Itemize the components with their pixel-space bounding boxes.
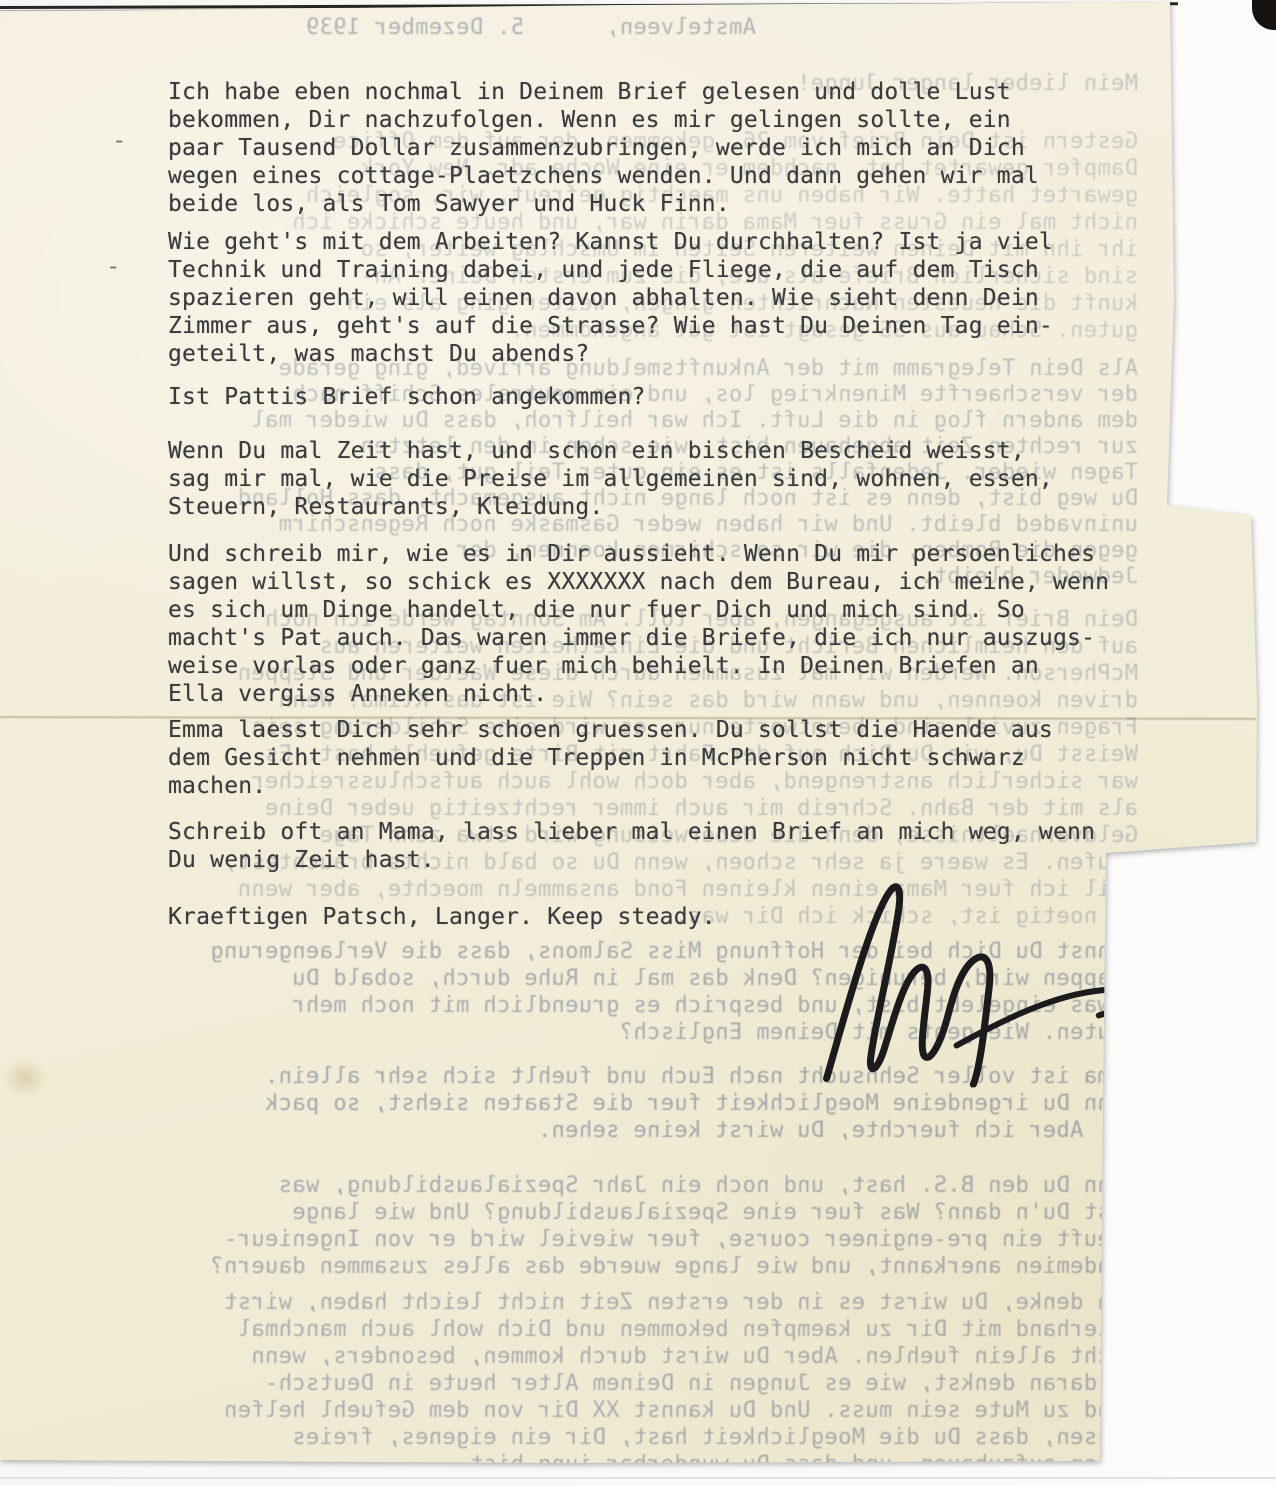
bleedthrough-block: Amstelveen, 5. Dezember 1939 xyxy=(306,14,756,41)
bleedthrough-block-line: recht allein fuehlen. Aber Du wirst durc… xyxy=(224,1343,1138,1370)
letter-body: Ich habe eben nochmal in Deinem Brief ge… xyxy=(168,78,1128,947)
letter-paragraph: Emma laesst Dich sehr schoen gruessen. D… xyxy=(168,716,1128,800)
letter-paragraph-line: spazieren geht, will einen davon abhalte… xyxy=(168,284,1128,312)
letter-paragraph-line: dem Gesicht nehmen und die Treppen in Mc… xyxy=(168,744,1128,772)
bleedthrough-block-line: bist Du'n dann? Was fuer eine Spezialaus… xyxy=(210,1199,1138,1226)
bleedthrough-block-line: Leben aufzubauen, und dass Du wunderbar … xyxy=(224,1451,1138,1478)
letter-paragraph-line: Zimmer aus, geht's auf die Strasse? Wie … xyxy=(168,312,1128,340)
letter-paragraph-line: macht's Pat auch. Das waren immer die Br… xyxy=(168,624,1128,652)
letter-paragraph-line: Steuern, Restaurants, Kleidung. xyxy=(168,493,1128,521)
letter-paragraph-line: machen. xyxy=(168,772,1128,800)
letter-paragraph: Ist Pattis Brief schon angekommen? xyxy=(168,383,1128,411)
bleed-hyphen: - xyxy=(106,252,120,280)
letter-paragraph-line: wegen eines cottage-Plaetzchens wenden. … xyxy=(168,162,1128,190)
signature-scrawl xyxy=(793,860,1157,1099)
bleed-hyphen: - xyxy=(112,126,126,154)
letter-paragraph-line: Du wenig Zeit hast. xyxy=(168,846,1128,874)
bleedthrough-block-line: Wenn Du irgendeine Moeglichkeit fuer die… xyxy=(265,1090,1138,1117)
letter-paragraph-line: Ich habe eben nochmal in Deinem Brief ge… xyxy=(168,78,1128,106)
letter-scan: Amstelveen, 5. Dezember 1939Mein lieber … xyxy=(0,0,1276,1486)
letter-paragraph-line: bekommen, Dir nachzufolgen. Wenn es mir … xyxy=(168,106,1128,134)
letter-paragraph-line: Emma laesst Dich sehr schoen gruessen. D… xyxy=(168,716,1128,744)
bleedthrough-block-line: land zu Mute sein muss. Und Du kannst XX… xyxy=(224,1397,1138,1424)
bleedthrough-block-line: zu. Aber ich fuerchte, Du wirst keine se… xyxy=(265,1117,1138,1144)
letter-paragraph-line: sagen willst, so schick es XXXXXXX nach … xyxy=(168,568,1128,596)
letter-paragraph-line: Ist Pattis Brief schon angekommen? xyxy=(168,383,1128,411)
letter-paragraph: Wie geht's mit dem Arbeiten? Kannst Du d… xyxy=(168,228,1128,368)
bleedthrough-block-line: allerhand mit Dir zu kaempfen bekommen u… xyxy=(224,1316,1138,1343)
letter-paragraph: Schreib oft an Mama, lass lieber mal ein… xyxy=(168,818,1128,874)
bleedthrough-block: Ich denke, Du wirst es in der ersten Zei… xyxy=(224,1289,1138,1478)
letter-paragraph-line: Schreib oft an Mama, lass lieber mal ein… xyxy=(168,818,1128,846)
letter-paragraph-line: Wenn Du mal Zeit hast, und schon ein bis… xyxy=(168,437,1128,465)
bleedthrough-block-line: laeuft ein pre-engineer course, fuer wie… xyxy=(210,1226,1138,1253)
letter-paragraph-line: es sich um Dinge handelt, die nur fuer D… xyxy=(168,596,1128,624)
bleedthrough-block-line: Wenn Du den B.S. hast, und noch ein Jahr… xyxy=(210,1172,1138,1199)
letter-paragraph-line: weise vorlas oder ganz fuer mich behielt… xyxy=(168,652,1128,680)
letter-paragraph-line: Technik und Training dabei, und jede Fli… xyxy=(168,256,1128,284)
letter-paragraph-line: Ella vergiss Anneken nicht. xyxy=(168,680,1128,708)
bleedthrough-block-line: lassen, dass Du die Moeglichkeit hast, D… xyxy=(224,1424,1138,1451)
letter-paragraph-line: paar Tausend Dollar zusammenzubringen, w… xyxy=(168,134,1128,162)
letter-paper: Amstelveen, 5. Dezember 1939Mein lieber … xyxy=(0,0,1276,1486)
letter-paragraph-line: Wie geht's mit dem Arbeiten? Kannst Du d… xyxy=(168,228,1128,256)
bleedthrough-block-line: Du daran denkst, wie es Jungen in Deinem… xyxy=(224,1370,1138,1397)
letter-paragraph: Ich habe eben nochmal in Deinem Brief ge… xyxy=(168,78,1128,218)
bleedthrough-block-line: Amstelveen, 5. Dezember 1939 xyxy=(306,14,756,41)
bleedthrough-block: Wenn Du den B.S. hast, und noch ein Jahr… xyxy=(210,1172,1138,1280)
letter-paragraph-line: Und schreib mir, wie es in Dir aussieht.… xyxy=(168,540,1128,568)
letter-paragraph-line: beide los, als Tom Sawyer und Huck Finn. xyxy=(168,190,1128,218)
bleedthrough-block-line: Akademien anerkannt, und wie lange wuerd… xyxy=(210,1253,1138,1280)
letter-paragraph: Und schreib mir, wie es in Dir aussieht.… xyxy=(168,540,1128,708)
letter-paragraph-line: sag mir mal, wie die Preise im allgemein… xyxy=(168,465,1128,493)
paper-wrap: Amstelveen, 5. Dezember 1939Mein lieber … xyxy=(0,0,1276,1486)
letter-paragraph-line: geteilt, was machst Du abends? xyxy=(168,340,1128,368)
letter-paragraph: Wenn Du mal Zeit hast, und schon ein bis… xyxy=(168,437,1128,521)
bleedthrough-block-line: Ich denke, Du wirst es in der ersten Zei… xyxy=(224,1289,1138,1316)
